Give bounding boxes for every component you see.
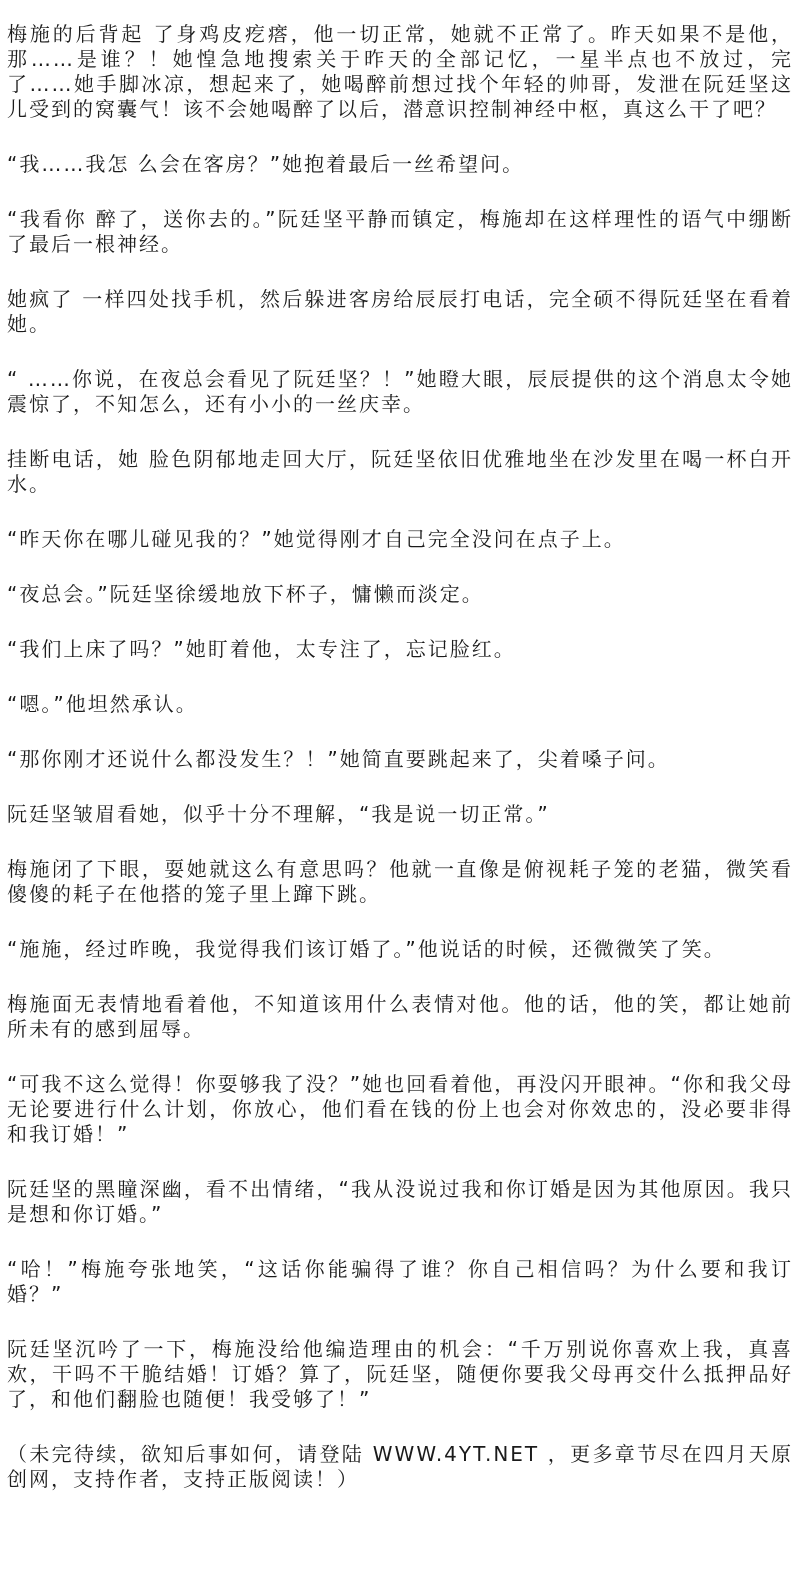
story-paragraph: “嗯。”他坦然承认。 xyxy=(7,692,793,717)
story-paragraph: 阮廷坚的黑瞳深幽，看不出情绪，“我从没说过我和你订婚是因为其他原因。我只是想和你… xyxy=(7,1177,793,1227)
story-paragraph: 她疯了 一样四处找手机，然后躲进客房给辰辰打电话，完全硕不得阮廷坚在看着她。 xyxy=(7,287,793,337)
story-paragraph: 梅施面无表情地看着他，不知道该用什么表情对他。他的话，他的笑，都让她前所未有的感… xyxy=(7,992,793,1042)
story-paragraph: “我看你 醉了，送你去的。”阮廷坚平静而镇定，梅施却在这样理性的语气中绷断了最后… xyxy=(7,207,793,257)
story-paragraph: “我……我怎 么会在客房？”她抱着最后一丝希望问。 xyxy=(7,152,793,177)
footer-note: （未完待续，欲知后事如何，请登陆 WWW.4YT.NET ，更多章节尽在四月天原… xyxy=(7,1442,793,1492)
story-paragraph: “哈！”梅施夸张地笑，“这话你能骗得了谁？你自己相信吗？为什么要和我订婚？” xyxy=(7,1257,793,1307)
story-paragraph: “那你刚才还说什么都没发生？！”她简直要跳起来了，尖着嗓子问。 xyxy=(7,747,793,772)
story-paragraph: 梅施的后背起 了身鸡皮疙瘩，他一切正常，她就不正常了。昨天如果不是他，那……是谁… xyxy=(7,22,793,122)
story-paragraph: 阮廷坚皱眉看她，似乎十分不理解，“我是说一切正常。” xyxy=(7,802,793,827)
novel-page: 梅施的后背起 了身鸡皮疙瘩，他一切正常，她就不正常了。昨天如果不是他，那……是谁… xyxy=(0,0,800,1587)
story-paragraph: 梅施闭了下眼，耍她就这么有意思吗？他就一直像是俯视耗子笼的老猫，微笑看傻傻的耗子… xyxy=(7,857,793,907)
story-paragraph: “夜总会。”阮廷坚徐缓地放下杯子，慵懒而淡定。 xyxy=(7,582,793,607)
story-paragraph: “ ……你说，在夜总会看见了阮廷坚？！”她瞪大眼，辰辰提供的这个消息太令她震惊了… xyxy=(7,367,793,417)
story-paragraph: 挂断电话，她 脸色阴郁地走回大厅，阮廷坚依旧优雅地坐在沙发里在喝一杯白开水。 xyxy=(7,447,793,497)
story-paragraph: “施施，经过昨晚，我觉得我们该订婚了。”他说话的时候，还微微笑了笑。 xyxy=(7,937,793,962)
story-paragraph: “昨天你在哪儿碰见我的？”她觉得刚才自己完全没问在点子上。 xyxy=(7,527,793,552)
story-paragraph: 阮廷坚沉吟了一下，梅施没给他编造理由的机会：“千万别说你喜欢上我，真喜欢，干吗不… xyxy=(7,1337,793,1412)
story-paragraph: “可我不这么觉得！你耍够我了没？”她也回看着他，再没闪开眼神。“你和我父母无论要… xyxy=(7,1072,793,1147)
story-paragraph: “我们上床了吗？”她盯着他，太专注了，忘记脸红。 xyxy=(7,637,793,662)
